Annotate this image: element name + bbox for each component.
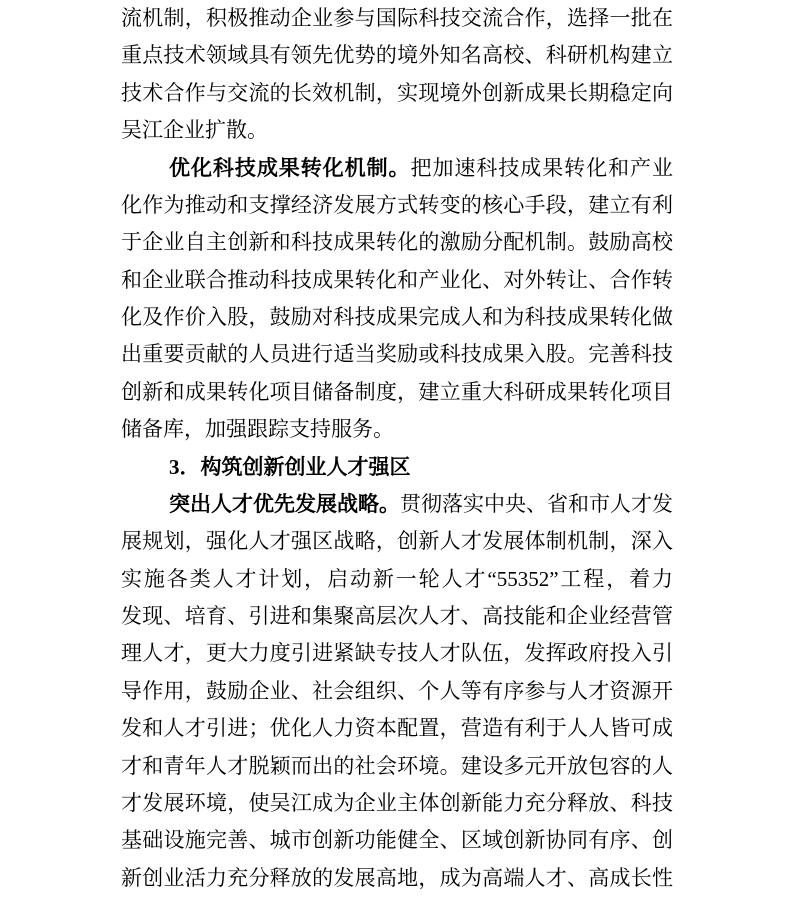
text-line: 优化科技成果转化机制。把加速科技成果转化和产业 — [121, 150, 673, 187]
text-segment: 化及作价入股，鼓励对科技成果完成人和为科技成果转化做 — [121, 305, 673, 329]
text-line: 吴江企业扩散。 — [121, 112, 673, 149]
text-line: 实施各类人才计划，启动新一轮人才“55352”工程，着力 — [121, 561, 673, 598]
text-line: 储备库，加强跟踪支持服务。 — [121, 411, 673, 448]
text-segment: 才发展环境，使吴江成为企业主体创新能力充分释放、科技 — [121, 791, 673, 815]
text-line: 和企业联合推动科技成果转化和产业化、对外转让、合作转 — [121, 262, 673, 299]
text-line: 创新和成果转化项目储备制度，建立重大科研成果转化项目 — [121, 374, 673, 411]
text-line: 才和青年人才脱颖而出的社会环境。建设多元开放包容的人 — [121, 748, 673, 785]
text-segment-bold: 3．构筑创新创业人才强区 — [169, 455, 411, 479]
text-line: 突出人才优先发展战略。贯彻落实中央、省和市人才发 — [121, 486, 673, 523]
text-segment: 和企业联合推动科技成果转化和产业化、对外转让、合作转 — [121, 268, 673, 292]
text-segment: 发现、培育、引进和集聚高层次人才、高技能和企业经营管 — [121, 604, 673, 628]
text-line: 发现、培育、引进和集聚高层次人才、高技能和企业经营管 — [121, 598, 673, 635]
document-body: 流机制，积极推动企业参与国际科技交流合作，选择一批在重点技术领域具有领先优势的境… — [121, 0, 673, 897]
text-segment: 于企业自主创新和科技成果转化的激励分配机制。鼓励高校 — [121, 230, 673, 254]
text-segment: 理人才，更大力度引进紧缺专技人才队伍，发挥政府投入引 — [121, 641, 673, 665]
text-segment: 展规划，强化人才强区战略，创新人才发展体制机制，深入 — [121, 529, 673, 553]
text-line: 展规划，强化人才强区战略，创新人才发展体制机制，深入 — [121, 523, 673, 560]
text-segment-bold: 突出人才优先发展战略。 — [169, 492, 400, 516]
text-line: 新创业活力充分释放的发展高地，成为高端人才、高成长性 — [121, 860, 673, 897]
text-segment: 导作用，鼓励企业、社会组织、个人等有序参与人才资源开 — [121, 679, 673, 703]
text-line: 重点技术领域具有领先优势的境外知名高校、科研机构建立 — [121, 37, 673, 74]
text-line: 理人才，更大力度引进紧缺专技人才队伍，发挥政府投入引 — [121, 635, 673, 672]
text-segment: 出重要贡献的人员进行适当奖励或科技成果入股。完善科技 — [121, 342, 673, 366]
text-segment: 实施各类人才计划，启动新一轮人才“55352”工程，着力 — [121, 567, 673, 591]
text-segment: 把加速科技成果转化和产业 — [411, 156, 674, 180]
text-line: 化作为推动和支撑经济发展方式转变的核心手段，建立有利 — [121, 187, 673, 224]
text-line: 技术合作与交流的长效机制，实现境外创新成果长期稳定向 — [121, 75, 673, 112]
text-segment: 技术合作与交流的长效机制，实现境外创新成果长期稳定向 — [121, 81, 673, 105]
text-segment: 化作为推动和支撑经济发展方式转变的核心手段，建立有利 — [121, 193, 673, 217]
text-line: 基础设施完善、城市创新功能健全、区域创新协同有序、创 — [121, 822, 673, 859]
text-line: 发和人才引进；优化人力资本配置，营造有利于人人皆可成 — [121, 710, 673, 747]
text-segment: 基础设施完善、城市创新功能健全、区域创新协同有序、创 — [121, 828, 673, 852]
text-segment: 创新和成果转化项目储备制度，建立重大科研成果转化项目 — [121, 380, 673, 404]
text-line: 才发展环境，使吴江成为企业主体创新能力充分释放、科技 — [121, 785, 673, 822]
text-segment: 新创业活力充分释放的发展高地，成为高端人才、高成长性 — [121, 866, 673, 890]
text-line: 流机制，积极推动企业参与国际科技交流合作，选择一批在 — [121, 0, 673, 37]
document-page: 流机制，积极推动企业参与国际科技交流合作，选择一批在重点技术领域具有领先优势的境… — [0, 0, 793, 897]
text-segment: 重点技术领域具有领先优势的境外知名高校、科研机构建立 — [121, 43, 673, 67]
text-line: 3．构筑创新创业人才强区 — [121, 449, 673, 486]
text-segment: 发和人才引进；优化人力资本配置，营造有利于人人皆可成 — [121, 716, 673, 740]
text-line: 出重要贡献的人员进行适当奖励或科技成果入股。完善科技 — [121, 336, 673, 373]
text-segment: 流机制，积极推动企业参与国际科技交流合作，选择一批在 — [121, 6, 673, 30]
text-segment: 贯彻落实中央、省和市人才发 — [400, 492, 673, 516]
text-segment-bold: 优化科技成果转化机制。 — [169, 156, 411, 180]
text-line: 于企业自主创新和科技成果转化的激励分配机制。鼓励高校 — [121, 224, 673, 261]
text-line: 化及作价入股，鼓励对科技成果完成人和为科技成果转化做 — [121, 299, 673, 336]
text-segment: 吴江企业扩散。 — [121, 118, 268, 142]
text-segment: 才和青年人才脱颖而出的社会环境。建设多元开放包容的人 — [121, 754, 673, 778]
text-segment: 储备库，加强跟踪支持服务。 — [121, 417, 394, 441]
text-line: 导作用，鼓励企业、社会组织、个人等有序参与人才资源开 — [121, 673, 673, 710]
